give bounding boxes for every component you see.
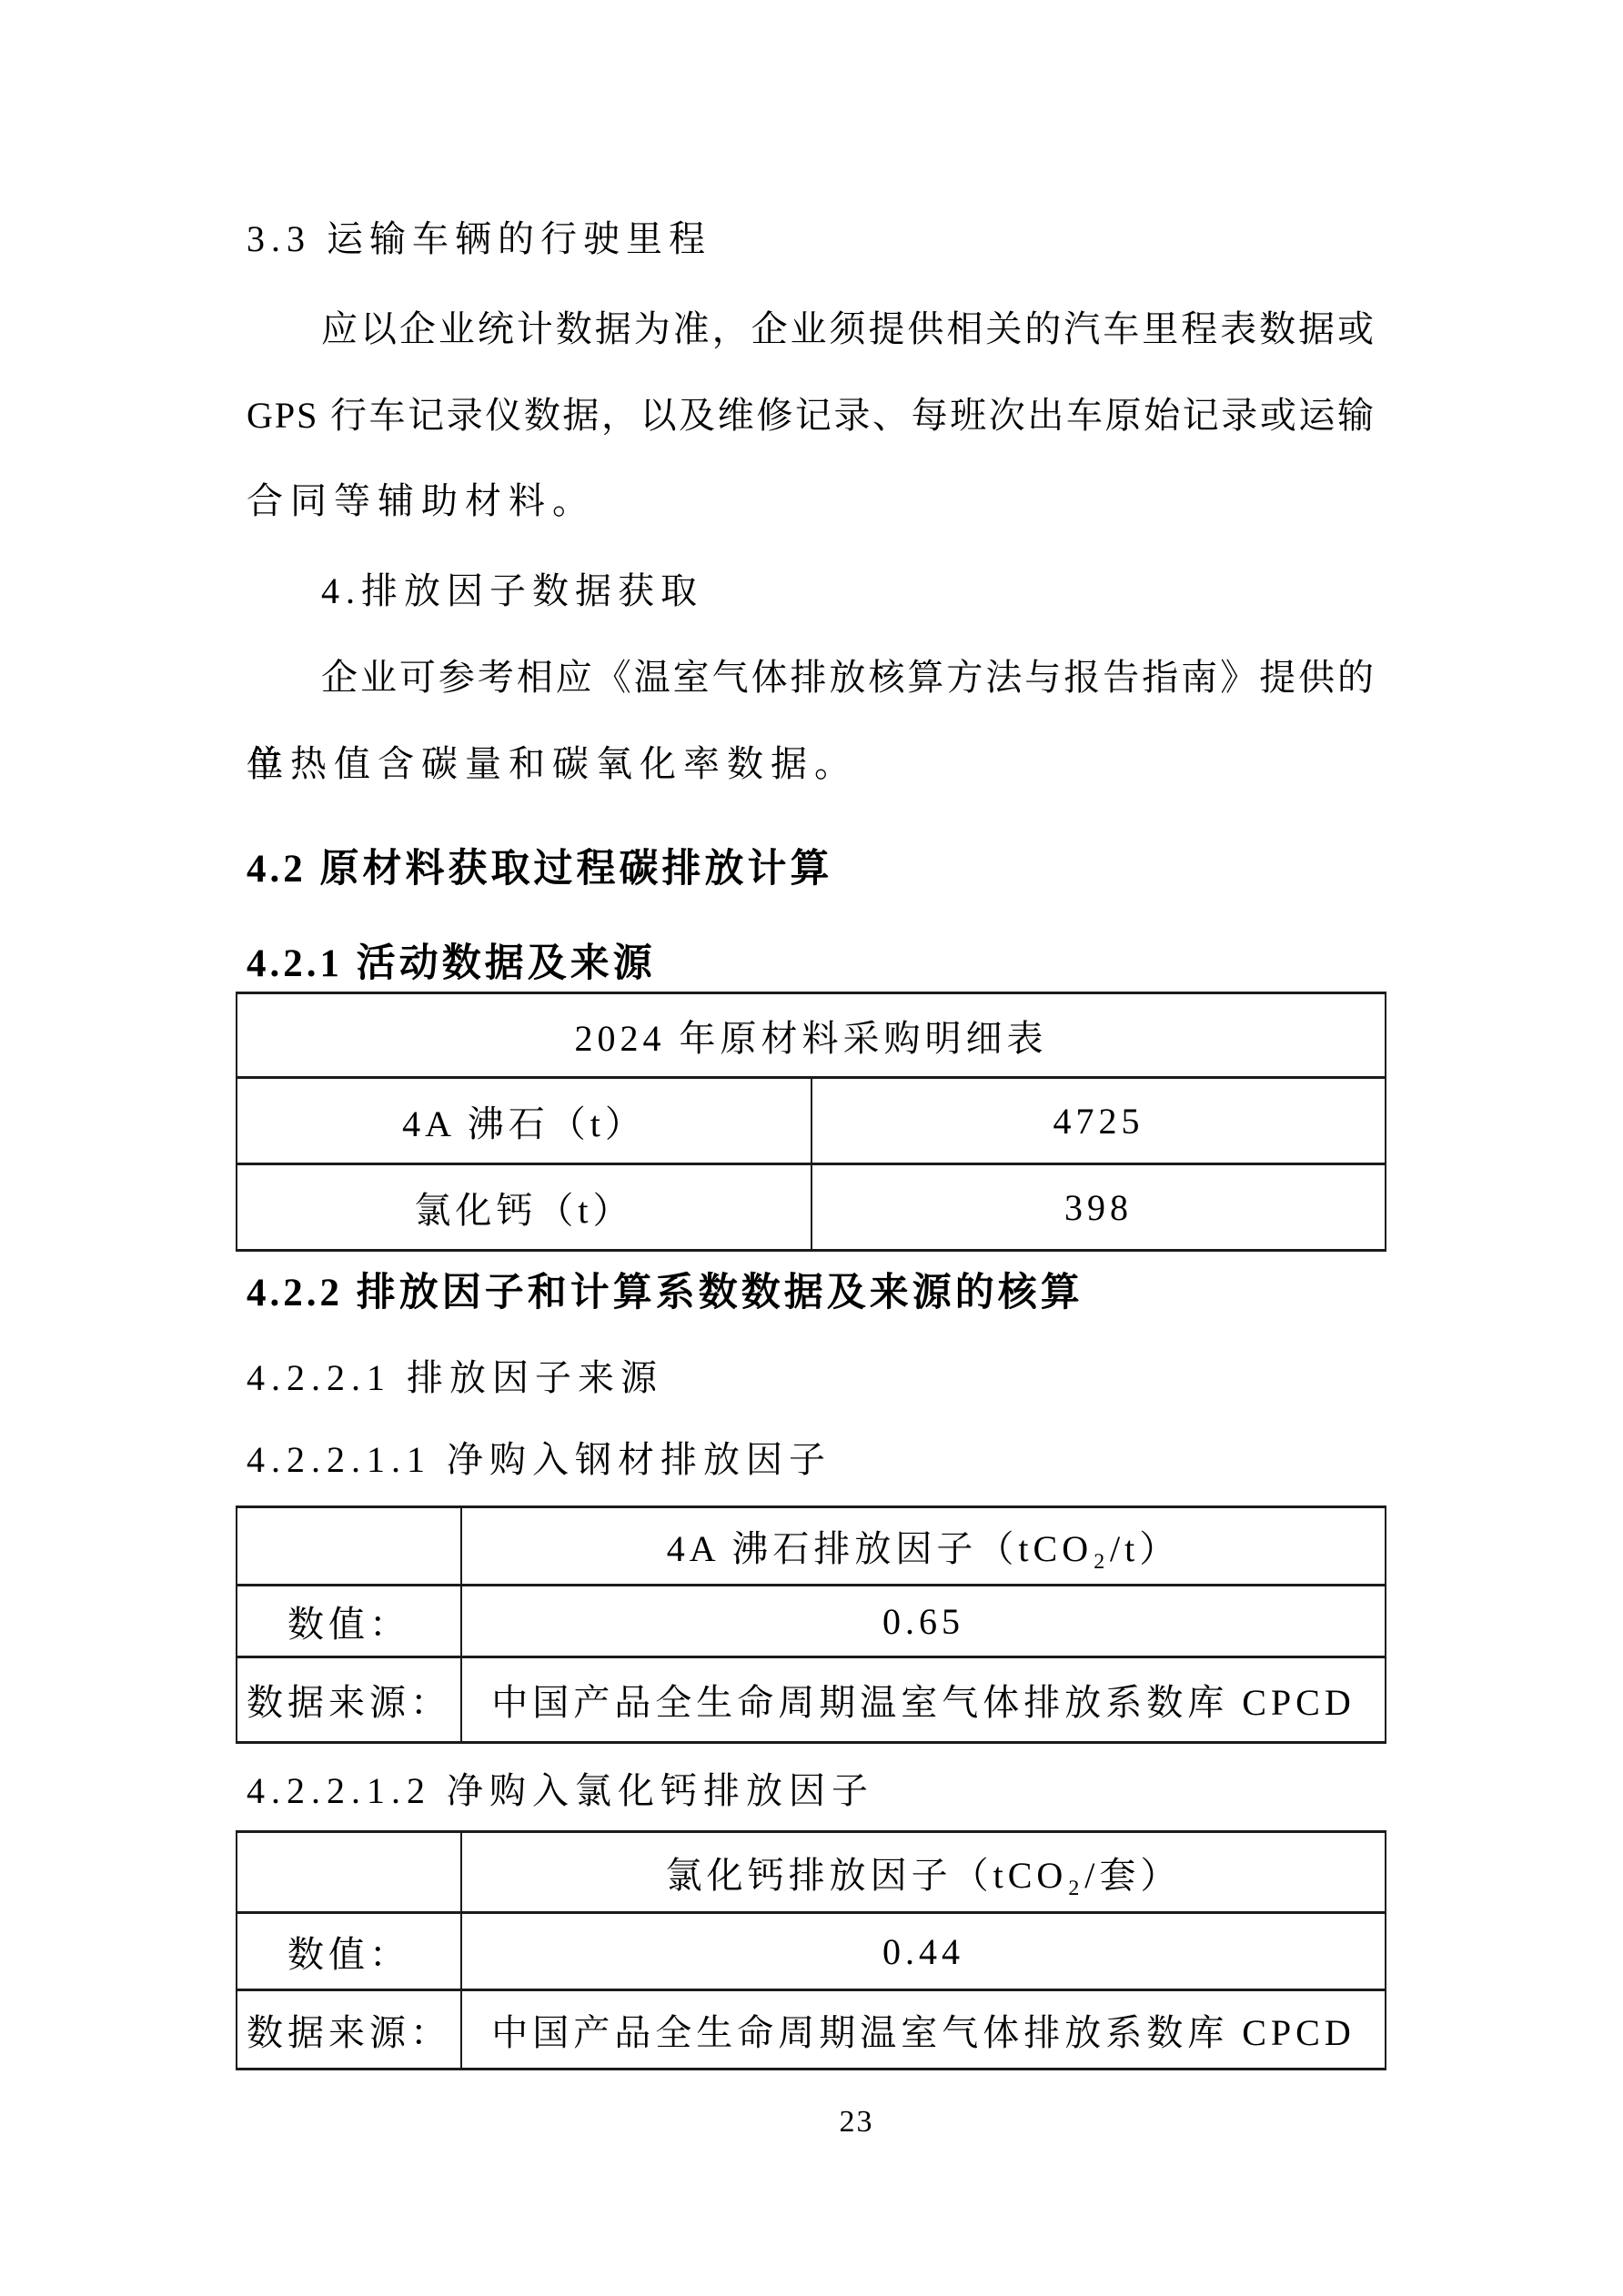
table-cacl2-emission-factor: 氯化钙排放因子（tCO₂/套） 数值： 0.44 数据来源： 中国产品全生命周期…	[236, 1830, 1386, 2070]
paragraph-emission-factor-data: 企业可参考相应《温室气体排放核算方法与报告指南》提供的单 位热值含碳量和碳氧化率…	[247, 635, 1376, 807]
paragraph-line: 企业可参考相应《温室气体排放核算方法与报告指南》提供的单	[247, 635, 1376, 721]
source-label-cell: 数据来源：	[237, 1990, 461, 2069]
material-label-cell: 氯化钙（t）	[237, 1164, 811, 1251]
value-cell: 0.65	[461, 1586, 1386, 1657]
heading-4-2-2-1-1: 4.2.2.1.1 净购入钢材排放因子	[247, 1437, 1376, 1483]
document-page: 3.3 运输车辆的行驶里程 应以企业统计数据为准，企业须提供相关的汽车里程表数据…	[0, 0, 1623, 2296]
heading-4-2-1: 4.2.1 活动数据及来源	[247, 942, 1429, 987]
table-row: 4A 沸石（t） 4725	[237, 1078, 1386, 1164]
table-row: 氯化钙（t） 398	[237, 1164, 1386, 1251]
value-cell: 0.44	[461, 1913, 1386, 1990]
table-row: 4A 沸石排放因子（tCO₂/t）	[237, 1507, 1386, 1586]
factor-header-cell: 4A 沸石排放因子（tCO₂/t）	[461, 1507, 1386, 1586]
factor-header-cell: 氯化钙排放因子（tCO₂/套）	[461, 1832, 1386, 1913]
table-row: 数值： 0.44	[237, 1913, 1386, 1990]
table-row: 数据来源： 中国产品全生命周期温室气体排放系数库 CPCD	[237, 1657, 1386, 1743]
paragraph-line: 位热值含碳量和碳氧化率数据。	[247, 721, 1376, 808]
heading-4-2-2: 4.2.2 排放因子和计算系数数据及来源的核算	[247, 1271, 1429, 1316]
table-row: 2024 年原材料采购明细表	[237, 993, 1386, 1078]
source-cell: 中国产品全生命周期温室气体排放系数库 CPCD	[461, 1990, 1386, 2069]
page-number: 23	[281, 2107, 1432, 2138]
empty-cell	[237, 1832, 461, 1913]
paragraph-line: GPS 行车记录仪数据，以及维修记录、每班次出车原始记录或运输	[247, 373, 1376, 459]
heading-3-3: 3.3 运输车辆的行驶里程	[247, 217, 1376, 262]
heading-4-2: 4.2 原材料获取过程碳排放计算	[247, 847, 1429, 892]
source-cell: 中国产品全生命周期温室气体排放系数库 CPCD	[461, 1657, 1386, 1743]
material-value-cell: 4725	[811, 1078, 1386, 1164]
paragraph-line: 合同等辅助材料。	[247, 458, 1376, 545]
source-label-cell: 数据来源：	[237, 1657, 461, 1743]
heading-4-2-2-1-2: 4.2.2.1.2 净购入氯化钙排放因子	[247, 1768, 1376, 1814]
empty-cell	[237, 1507, 461, 1586]
table-row: 数据来源： 中国产品全生命周期温室气体排放系数库 CPCD	[237, 1990, 1386, 2069]
heading-4-2-2-1: 4.2.2.1 排放因子来源	[247, 1355, 1376, 1401]
table-row: 数值： 0.65	[237, 1586, 1386, 1657]
value-label-cell: 数值：	[237, 1586, 461, 1657]
material-label-cell: 4A 沸石（t）	[237, 1078, 811, 1164]
table-zeolite-emission-factor: 4A 沸石排放因子（tCO₂/t） 数值： 0.65 数据来源： 中国产品全生命…	[236, 1505, 1386, 1744]
table-2024-material-purchases: 2024 年原材料采购明细表 4A 沸石（t） 4725 氯化钙（t） 398	[236, 992, 1386, 1252]
table-row: 氯化钙排放因子（tCO₂/套）	[237, 1832, 1386, 1913]
value-label-cell: 数值：	[237, 1913, 461, 1990]
material-value-cell: 398	[811, 1164, 1386, 1251]
paragraph-transport-mileage: 应以企业统计数据为准，企业须提供相关的汽车里程表数据或 GPS 行车记录仪数据，…	[247, 287, 1376, 545]
paragraph-line: 应以企业统计数据为准，企业须提供相关的汽车里程表数据或	[247, 287, 1376, 373]
heading-4: 4.排放因子数据获取	[247, 569, 1376, 614]
table-title-cell: 2024 年原材料采购明细表	[237, 993, 1386, 1078]
